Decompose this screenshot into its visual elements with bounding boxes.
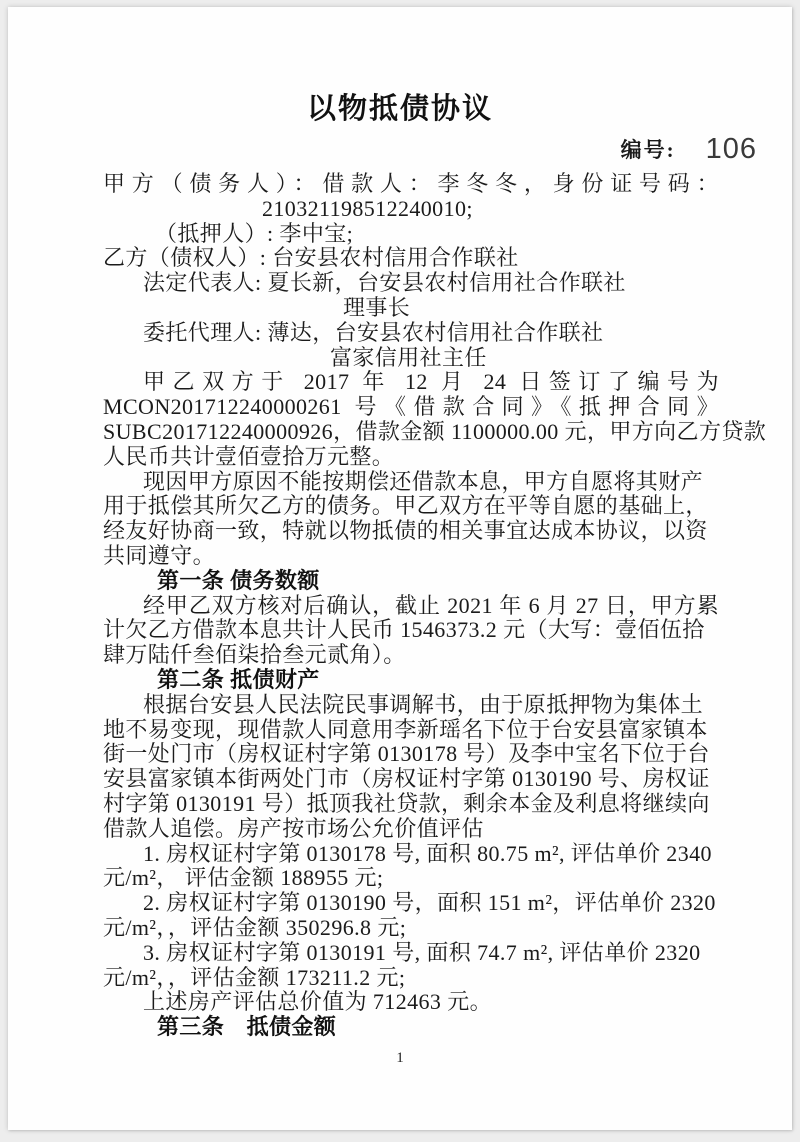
document-line: 经甲乙双方核对后确认，截止 2021 年 6 月 27 日，甲方累 — [103, 594, 719, 619]
document-line: SUBC201712240000926，借款金额 1100000.00 元，甲方… — [103, 420, 719, 445]
document-line: 3. 房权证村字第 0130191 号, 面积 74.7 m², 评估单价 23… — [103, 941, 719, 966]
document-line: 委托代理人: 薄达，台安县农村信用社合作联社 — [103, 321, 719, 346]
document-line: （抵押人）: 李中宝; — [103, 222, 719, 247]
document-line: 共同遵守。 — [103, 544, 719, 569]
document-line: 甲乙双方于 2017 年 12 月 24 日签订了编号为 — [103, 370, 719, 395]
document-line: 元/m²，，评估金额 350296.8 元; — [103, 916, 719, 941]
document-line: 人民币共计壹佰壹拾万元整。 — [103, 445, 719, 470]
document-line: 安县富家镇本街两处门市（房权证村字第 0130190 号、房权证 — [103, 767, 719, 792]
document-line: 街一处门市（房权证村字第 0130178 号）及李中宝名下位于台 — [103, 742, 719, 767]
document-line: 根据台安县人民法院民事调解书，由于原抵押物为集体土 — [103, 693, 719, 718]
document-line: 法定代表人: 夏长新，台安县农村信用社合作联社 — [103, 271, 719, 296]
document-line: 理事长 — [103, 296, 719, 321]
document-line: 第一条 债务数额 — [103, 569, 719, 594]
document-line: 用于抵偿其所欠乙方的债务。甲乙双方在平等自愿的基础上， — [103, 494, 719, 519]
document-line: 富家信用社主任 — [103, 346, 719, 371]
document-line: 甲方（债务人）：借款人：李冬冬，身份证号码： — [103, 172, 719, 197]
document-line: MCON201712240000261 号《借款合同》《抵押合同》 — [103, 395, 719, 420]
document-line: 元/m²， 评估金额 188955 元; — [103, 866, 719, 891]
document-line: 借款人追偿。房产按市场公允价值评估 — [103, 817, 719, 842]
document-line: 2. 房权证村字第 0130190 号，面积 151 m²，评估单价 2320 — [103, 891, 719, 916]
scan-background: 以物抵债协议 编号: 106 甲方（债务人）：借款人：李冬冬，身份证号码：210… — [0, 0, 800, 1142]
document-line: 村字第 0130191 号）抵顶我社贷款，剩余本金及利息将继续向 — [103, 792, 719, 817]
serial-number-label: 编号: — [621, 134, 676, 164]
document-line: 210321198512240010; — [103, 197, 719, 222]
document-line: 经友好协商一致，特就以物抵债的相关事宜达成本协议，以资 — [103, 519, 719, 544]
serial-number-row: 编号: 106 — [8, 132, 792, 166]
document-page: 以物抵债协议 编号: 106 甲方（债务人）：借款人：李冬冬，身份证号码：210… — [8, 7, 792, 1130]
document-body: 甲方（债务人）：借款人：李冬冬，身份证号码：210321198512240010… — [103, 172, 719, 1040]
document-line: 计欠乙方借款本息共计人民币 1546373.2 元（大写：壹佰伍拾 — [103, 618, 719, 643]
document-line: 地不易变现，现借款人同意用李新瑶名下位于台安县富家镇本 — [103, 718, 719, 743]
document-line: 第二条 抵债财产 — [103, 668, 719, 693]
document-title: 以物抵债协议 — [8, 89, 792, 129]
document-line: 上述房产评估总价值为 712463 元。 — [103, 990, 719, 1015]
document-line: 1. 房权证村字第 0130178 号, 面积 80.75 m², 评估单价 2… — [103, 842, 719, 867]
page-number-footer: 1 — [8, 1050, 792, 1067]
document-line: 现因甲方原因不能按期偿还借款本息，甲方自愿将其财产 — [103, 470, 719, 495]
serial-number-value: 106 — [706, 133, 757, 166]
document-line: 元/m²，，评估金额 173211.2 元; — [103, 966, 719, 991]
document-line: 乙方（债权人）: 台安县农村信用合作联社 — [103, 246, 719, 271]
document-line: 肆万陆仟叁佰柒拾叁元贰角）。 — [103, 643, 719, 668]
document-line: 第三条 抵债金额 — [103, 1015, 719, 1040]
